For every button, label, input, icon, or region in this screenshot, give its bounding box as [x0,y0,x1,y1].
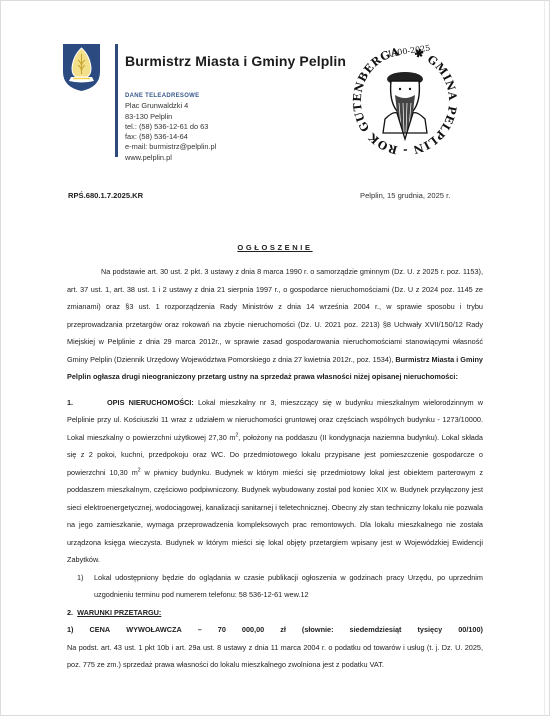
contact-block: Dane teleadresowe Plac Grunwaldzki 4 83-… [125,91,216,163]
price-word: 00/100) [458,621,483,639]
contact-website[interactable]: www.pelplin.pl [125,153,216,163]
contact-postal: 83-130 Pelplin [125,112,216,122]
section-1-heading: OPIS NIERUCHOMOŚCI: [107,398,194,407]
price-word: 000,00 [242,621,264,639]
intro-paragraph: Na podstawie art. 30 ust. 2 pkt. 3 ustaw… [67,263,483,386]
place-date: Pelplin, 15 grudnia, 2025 r. [360,191,450,200]
contact-email[interactable]: e-mail: burmistrz@pelplin.pl [125,142,216,152]
price-word: CENA [90,621,111,639]
contact-address: Plac Grunwaldzki 4 [125,101,216,111]
starting-price: 1)CENAWYWOŁAWCZA–70000,00zł(słownie:sied… [67,621,483,639]
document-body: Na podstawie art. 30 ust. 2 pkt. 3 ustaw… [67,263,483,674]
price-word: WYWOŁAWCZA [126,621,182,639]
section-2-heading: WARUNKI PRZETARGU: [77,608,161,617]
section-2-number: 2. [67,608,73,617]
contact-fax: fax: (58) 536-14-64 [125,132,216,142]
contact-phone: tel.: (58) 536-12-61 do 63 [125,122,216,132]
list-item: 1) Lokal udostępniony będzie do oglądani… [67,569,483,604]
intro-text: Na podstawie art. 30 ust. 2 pkt. 3 ustaw… [67,267,483,364]
section-1: 1.OPIS NIERUCHOMOŚCI: Lokal mieszkalny n… [67,394,483,569]
price-word: – [198,621,202,639]
section-1-number: 1. [67,394,107,412]
price-word: tysięcy [417,621,442,639]
price-word: 70 [218,621,226,639]
document-title: OGŁOSZENIE [1,243,549,252]
organization-title: Burmistrz Miasta i Gminy Pelplin [125,53,346,69]
section-2: 2. WARUNKI PRZETARGU: [67,604,483,622]
reference-number: RPŚ.680.1.7.2025.KR [68,191,143,200]
header-divider [115,44,118,157]
gutenberg-seal-icon: ✱ GMINA PELPLIN - ROK GUTENBERGA ✱ 1400-… [349,41,461,159]
price-word: siedemdziesiąt [350,621,402,639]
section-1-text-c: w piwnicy budynku. Budynek w którym mieś… [67,468,483,565]
price-word: zł [280,621,286,639]
price-word: (słownie: [302,621,334,639]
contact-label: Dane teleadresowe [125,91,216,101]
list-item-text: Lokal udostępniony będzie do oglądania w… [94,569,483,604]
price-item-number: 1) [67,621,74,639]
list-item-number: 1) [77,569,94,604]
vat-note: Na podst. art. 43 ust. 1 pkt 10b i art. … [67,639,483,674]
document-page: Burmistrz Miasta i Gminy Pelplin Dane te… [0,0,550,716]
coat-of-arms-icon [63,44,100,91]
